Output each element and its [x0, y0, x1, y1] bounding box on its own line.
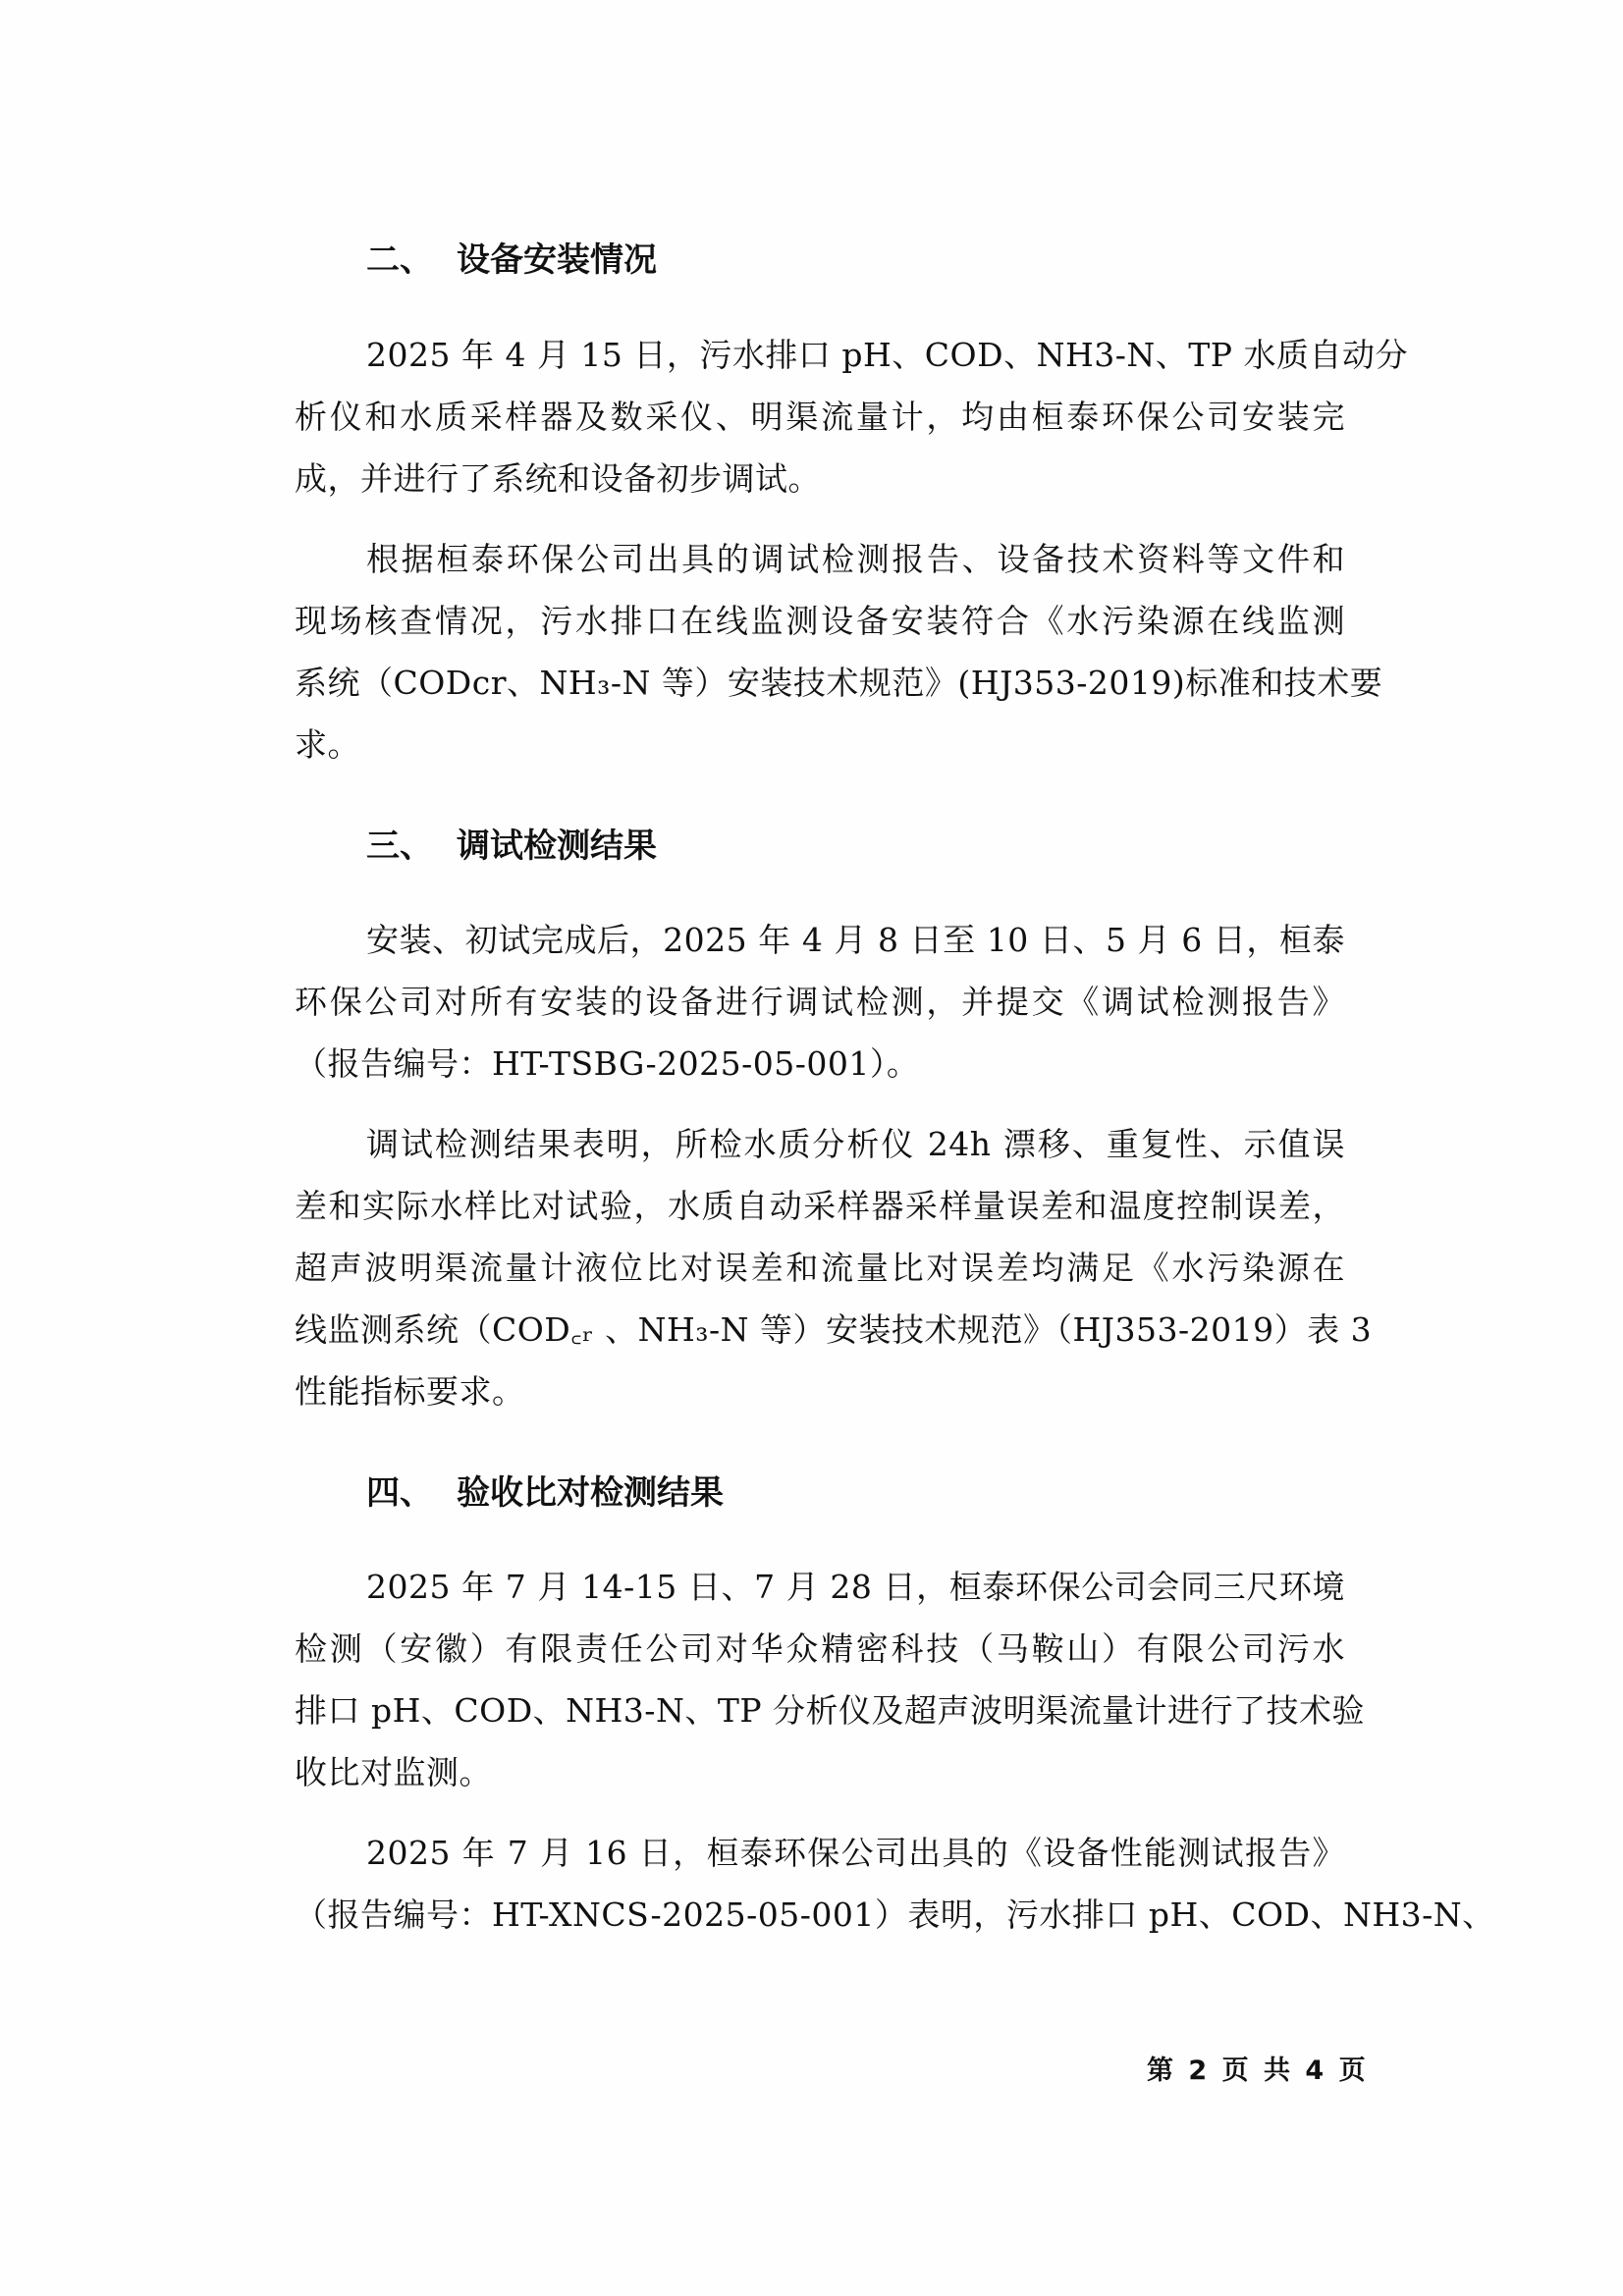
paragraph-line: 2025 年 7 月 14-15 日、7 月 28 日，桓泰环保公司会同三尺环境: [366, 1568, 1345, 1607]
paragraph-line: 性能指标要求。: [295, 1372, 1345, 1412]
page-number-footer: 第 2 页 共 4 页: [1147, 2054, 1366, 2089]
paragraph-line: 2025 年 7 月 16 日，桓泰环保公司出具的《设备性能测试报告》: [366, 1834, 1345, 1873]
paragraph-line: 差和实际水样比对试验，水质自动采样器采样量误差和温度控制误差，: [295, 1187, 1345, 1226]
section-title: 验收比对检测结果: [457, 1473, 724, 1513]
paragraph-line: 系统（CODcr、NH₃-N 等）安装技术规范》(HJ353-2019)标准和技…: [295, 664, 1345, 703]
paragraph-line: 现场核查情况，污水排口在线监测设备安装符合《水污染源在线监测: [295, 602, 1345, 641]
document-page: 二、设备安装情况 2025 年 4 月 15 日，污水排口 pH、COD、NH3…: [0, 0, 1623, 2296]
section-heading-4: 四、验收比对检测结果: [366, 1473, 724, 1513]
paragraph-line: 检测（安徽）有限责任公司对华众精密科技（马鞍山）有限公司污水: [295, 1629, 1345, 1669]
section-heading-3: 三、调试检测结果: [366, 827, 657, 866]
section-title: 设备安装情况: [457, 240, 657, 280]
paragraph-line: （报告编号：HT-XNCS-2025-05-001）表明，污水排口 pH、COD…: [295, 1896, 1345, 1935]
paragraph-line: 成，并进行了系统和设备初步调试。: [295, 459, 1345, 499]
paragraph-line: 根据桓泰环保公司出具的调试检测报告、设备技术资料等文件和: [366, 540, 1345, 579]
paragraph-line: 排口 pH、COD、NH3-N、TP 分析仪及超声波明渠流量计进行了技术验: [295, 1691, 1345, 1731]
paragraph-line: （报告编号：HT-TSBG-2025-05-001）。: [295, 1044, 1345, 1084]
paragraph-line: 2025 年 4 月 15 日，污水排口 pH、COD、NH3-N、TP 水质自…: [366, 336, 1345, 375]
paragraph-line: 超声波明渠流量计液位比对误差和流量比对误差均满足《水污染源在: [295, 1249, 1345, 1288]
paragraph-line: 求。: [295, 725, 1345, 765]
section-title: 调试检测结果: [457, 827, 657, 866]
paragraph-line: 安装、初试完成后，2025 年 4 月 8 日至 10 日、5 月 6 日，桓泰: [366, 921, 1345, 960]
paragraph-line: 环保公司对所有安装的设备进行调试检测，并提交《调试检测报告》: [295, 983, 1345, 1022]
paragraph-line: 线监测系统（COD꜀ᵣ 、NH₃-N 等）安装技术规范》（HJ353-2019）…: [295, 1310, 1345, 1350]
section-number: 四、: [366, 1473, 457, 1513]
section-number: 二、: [366, 240, 457, 280]
section-number: 三、: [366, 827, 457, 866]
section-heading-2: 二、设备安装情况: [366, 240, 657, 280]
paragraph-line: 调试检测结果表明，所检水质分析仪 24h 漂移、重复性、示值误: [366, 1125, 1345, 1164]
paragraph-line: 收比对监测。: [295, 1753, 1345, 1792]
paragraph-line: 析仪和水质采样器及数采仪、明渠流量计，均由桓泰环保公司安装完: [295, 398, 1345, 437]
